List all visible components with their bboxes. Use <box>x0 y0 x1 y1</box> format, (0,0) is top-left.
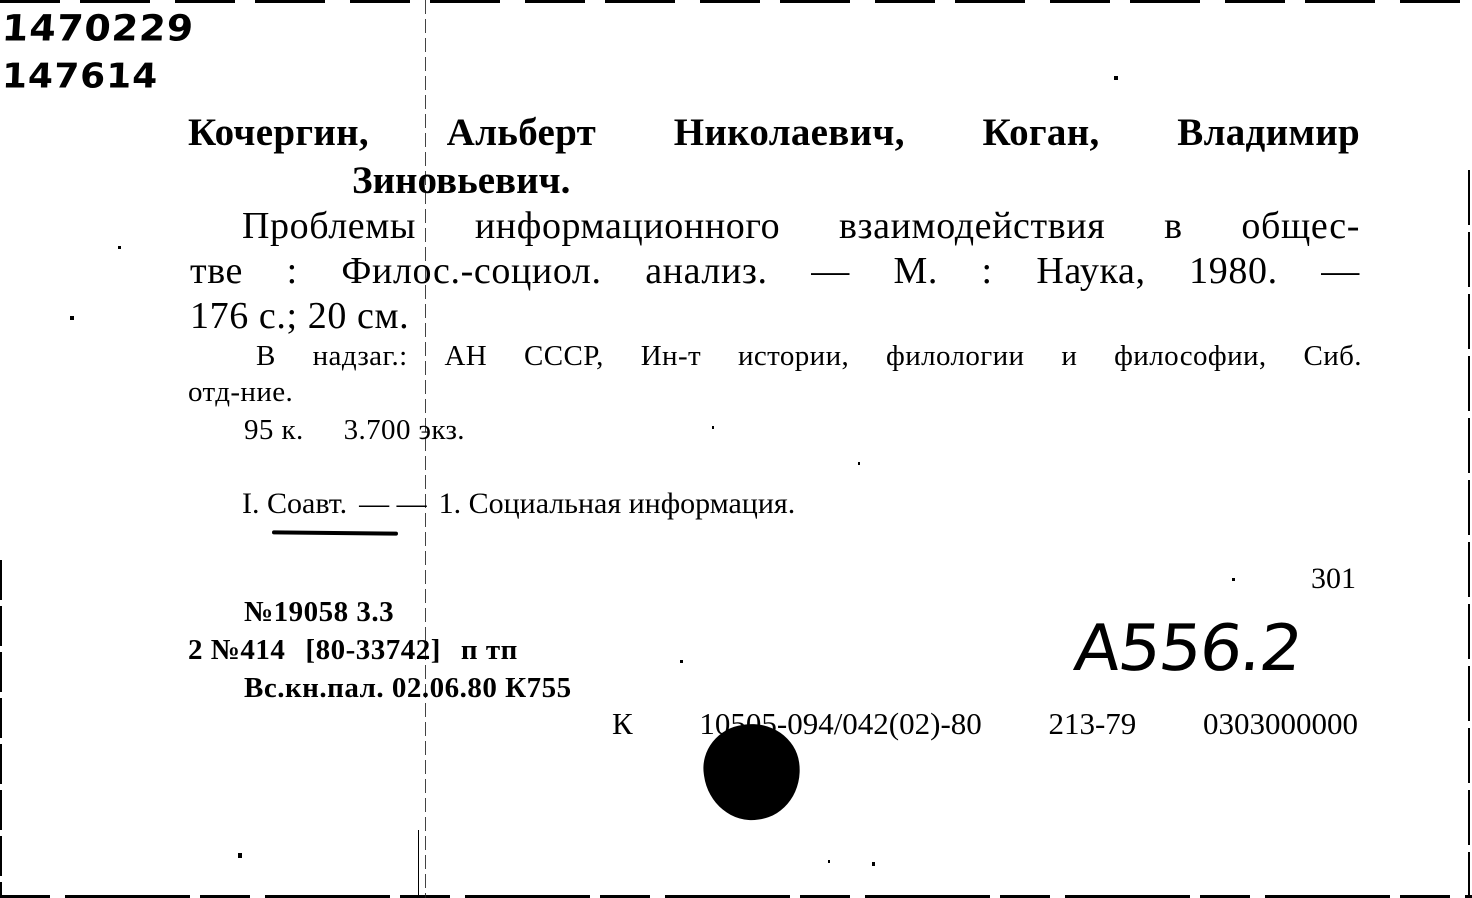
author-word: Кочергин, <box>188 110 369 155</box>
title-word: анализ. <box>645 249 767 293</box>
physical-description: 176 с.; 20 см. <box>190 294 409 338</box>
title-word: Филос.-социол. <box>341 249 601 293</box>
bbk-part: 213-79 <box>1048 706 1136 742</box>
note-line-2: отд-ние. <box>188 376 293 409</box>
scan-speck <box>1114 76 1118 80</box>
tracing-line: I. Соавт.— —1. Социальная информация. <box>242 487 795 521</box>
handwritten-underline <box>272 530 398 535</box>
print-run: 3.700 экз. <box>344 414 465 446</box>
title-word: — <box>811 249 850 293</box>
note-line-1: В надзаг.: АН СССР, Ин-т истории, филоло… <box>256 340 1362 373</box>
note-word: философии, <box>1114 340 1266 373</box>
note-word: СССР, <box>524 340 604 373</box>
inventory-number-2: 147614 <box>1 57 159 96</box>
coauthor-tracing: I. Соавт. <box>242 487 347 520</box>
imprint-line-1: №19058 3.3 <box>244 596 394 629</box>
note-word: и <box>1061 340 1077 373</box>
imprint-register: [80-33742] <box>305 634 440 666</box>
title-word: тве <box>190 249 243 293</box>
scan-speck <box>118 246 121 249</box>
title-word: общес- <box>1241 204 1360 248</box>
imprint-line-2: 2 №414[80-33742]п тп <box>188 634 518 667</box>
subject-tracing: 1. Социальная информация. <box>439 487 796 520</box>
title-word: 1980. <box>1189 249 1278 293</box>
bbk-part: К <box>612 706 633 742</box>
title-word: в <box>1164 204 1183 248</box>
author-word: Альберт <box>447 110 596 155</box>
author-word: Владимир <box>1177 110 1360 155</box>
note-word: филологии <box>886 340 1024 373</box>
imprint-order: 2 №414 <box>188 634 285 666</box>
card-right-edge <box>1468 170 1470 898</box>
scan-speck <box>858 462 860 465</box>
scan-speck <box>828 860 830 863</box>
scan-speck <box>238 853 242 858</box>
note-word: В <box>256 340 276 373</box>
title-word: — <box>1321 249 1360 293</box>
imprint-code: п тп <box>461 634 518 666</box>
card-left-edge <box>0 560 2 898</box>
imprint-line-3: Вс.кн.пал. 02.06.80 К755 <box>244 672 572 705</box>
author-word: Николаевич, <box>674 110 905 155</box>
note-word: Сиб. <box>1303 340 1361 373</box>
tracing-dash: — — <box>359 487 427 520</box>
title-word: Проблемы <box>242 204 416 248</box>
authors-heading: Кочергин, Альберт Николаевич, Коган, Вла… <box>188 110 1360 155</box>
class-number: 301 <box>1311 562 1356 596</box>
title-word: М. <box>893 249 938 293</box>
scan-speck <box>70 316 74 320</box>
scan-speck <box>1232 578 1235 581</box>
note-word: надзаг.: <box>313 340 408 373</box>
title-word: : <box>982 249 993 293</box>
title-word: : <box>287 249 298 293</box>
title-word: информационного <box>475 204 780 248</box>
scan-speck <box>712 426 714 429</box>
bbk-part: 0303000000 <box>1203 706 1358 742</box>
note-word: АН <box>444 340 487 373</box>
price-line: 95 к.3.700 экз. <box>244 414 505 447</box>
author-word: Коган, <box>982 110 1099 155</box>
scan-speck <box>872 862 875 866</box>
card-top-edge <box>0 0 1472 3</box>
title-word: взаимодействия <box>839 204 1105 248</box>
inventory-number-1: 1470229 <box>1 7 196 49</box>
scan-fold-line-lower <box>418 830 419 898</box>
title-line-1: Проблемы информационного взаимодействия … <box>242 204 1360 248</box>
note-word: истории, <box>738 340 849 373</box>
price: 95 к. <box>244 414 304 446</box>
authors-heading-continued: Зиновьевич. <box>352 158 570 203</box>
title-line-2: тве : Филос.-социол. анализ. — М. : Наук… <box>190 249 1360 293</box>
note-word: Ин-т <box>641 340 701 373</box>
scan-speck <box>680 660 683 663</box>
handwritten-shelf-code: A556.2 <box>1071 612 1305 686</box>
title-word: Наука, <box>1036 249 1145 293</box>
